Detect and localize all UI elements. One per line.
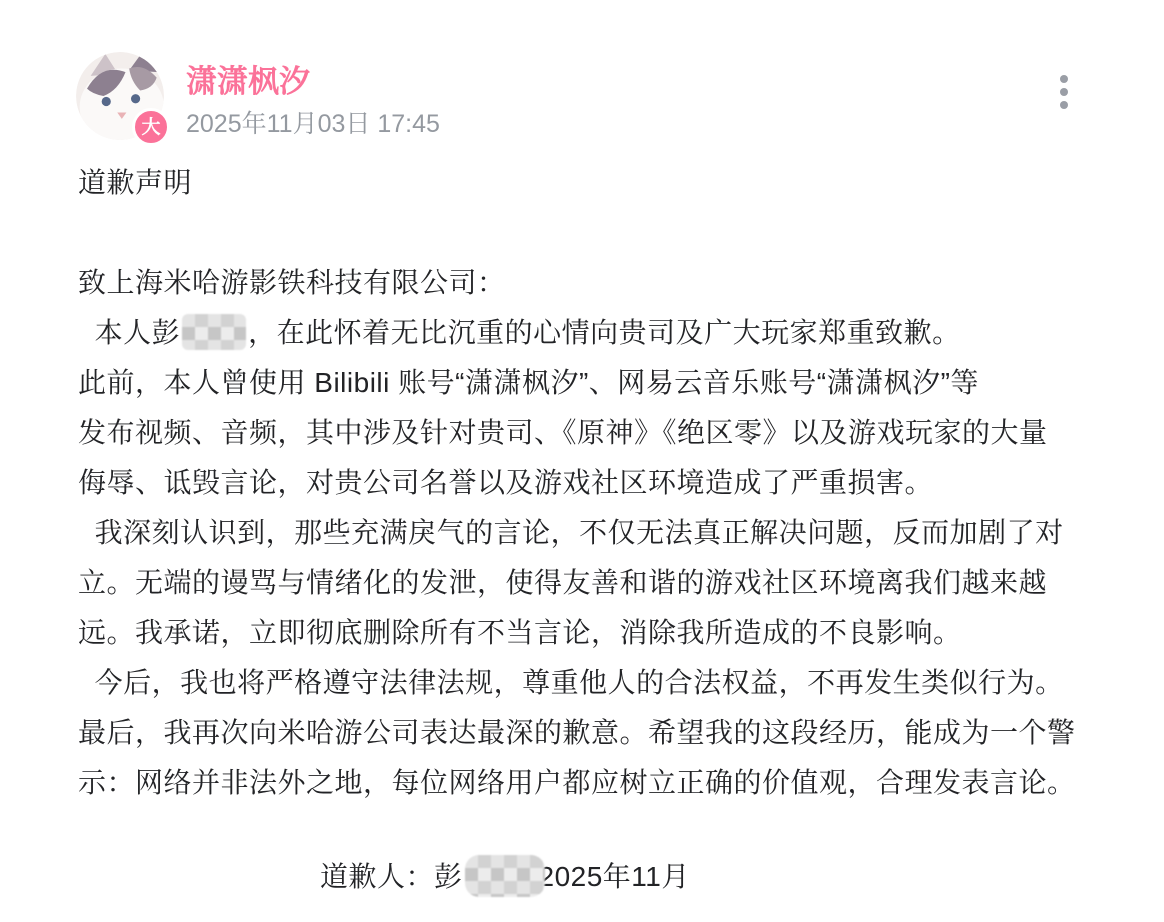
avatar[interactable]: 大 xyxy=(76,52,164,140)
censored-name-mosaic xyxy=(182,314,246,350)
paragraph-line: 侮辱、诋毁言论，对贵公司名誉以及游戏社区环境造成了严重损害。 xyxy=(78,458,1090,508)
paragraph-line: 此前，本人曾使用 Bilibili 账号“潇潇枫汐”、网易云音乐账号“潇潇枫汐”… xyxy=(78,358,1090,408)
paragraph-line: 示：网络并非法外之地，每位网络用户都应树立正确的价值观，合理发表言论。 xyxy=(78,758,1090,808)
paragraph-line: 本人彭，在此怀着无比沉重的心情向贵司及广大玩家郑重致歉。 xyxy=(78,308,1090,358)
text-segment: 本人彭 xyxy=(78,317,180,348)
post-body: 道歉声明 致上海米哈游影铁科技有限公司： 本人彭，在此怀着无比沉重的心情向贵司及… xyxy=(78,158,1090,903)
paragraph-line: 最后，我再次向米哈游公司表达最深的歉意。希望我的这段经历，能成为一个警 xyxy=(78,708,1090,758)
username[interactable]: 潇潇枫汐 xyxy=(186,56,310,101)
paragraph-line: 立。无端的谩骂与情绪化的发泄，使得友善和谐的游戏社区环境离我们越来越 xyxy=(78,558,1090,608)
paragraph-line: 今后，我也将严格遵守法律法规，尊重他人的合法权益，不再发生类似行为。 xyxy=(78,658,1090,708)
salutation-line: 致上海米哈游影铁科技有限公司： xyxy=(78,258,1090,308)
post-date: 2025年11月03日 17:45 xyxy=(186,104,440,140)
signature-line: 道歉人：彭2025年11月 xyxy=(78,852,1090,903)
text-segment: 道歉人：彭 xyxy=(320,861,463,892)
post-card: 大 潇潇枫汐 2025年11月03日 17:45 道歉声明 致上海米哈游影铁科技… xyxy=(0,0,1164,922)
more-vertical-icon[interactable] xyxy=(1044,68,1084,116)
paragraph-line: 远。我承诺，立即彻底删除所有不当言论，消除我所造成的不良影响。 xyxy=(78,608,1090,658)
paragraph-line: 发布视频、音频，其中涉及针对贵司、《原神》《绝区零》以及游戏玩家的大量 xyxy=(78,408,1090,458)
censored-name-mosaic xyxy=(465,855,545,897)
menu-dot xyxy=(1060,75,1068,83)
big-member-badge: 大 xyxy=(132,108,170,146)
post-title: 道歉声明 xyxy=(78,158,1090,208)
text-segment: 2025年11月 xyxy=(539,861,690,892)
menu-dot xyxy=(1060,101,1068,109)
paragraph-line: 我深刻认识到，那些充满戾气的言论，不仅无法真正解决问题，反而加剧了对 xyxy=(78,508,1090,558)
menu-dot xyxy=(1060,88,1068,96)
text-segment: ，在此怀着无比沉重的心情向贵司及广大玩家郑重致歉。 xyxy=(248,317,961,348)
